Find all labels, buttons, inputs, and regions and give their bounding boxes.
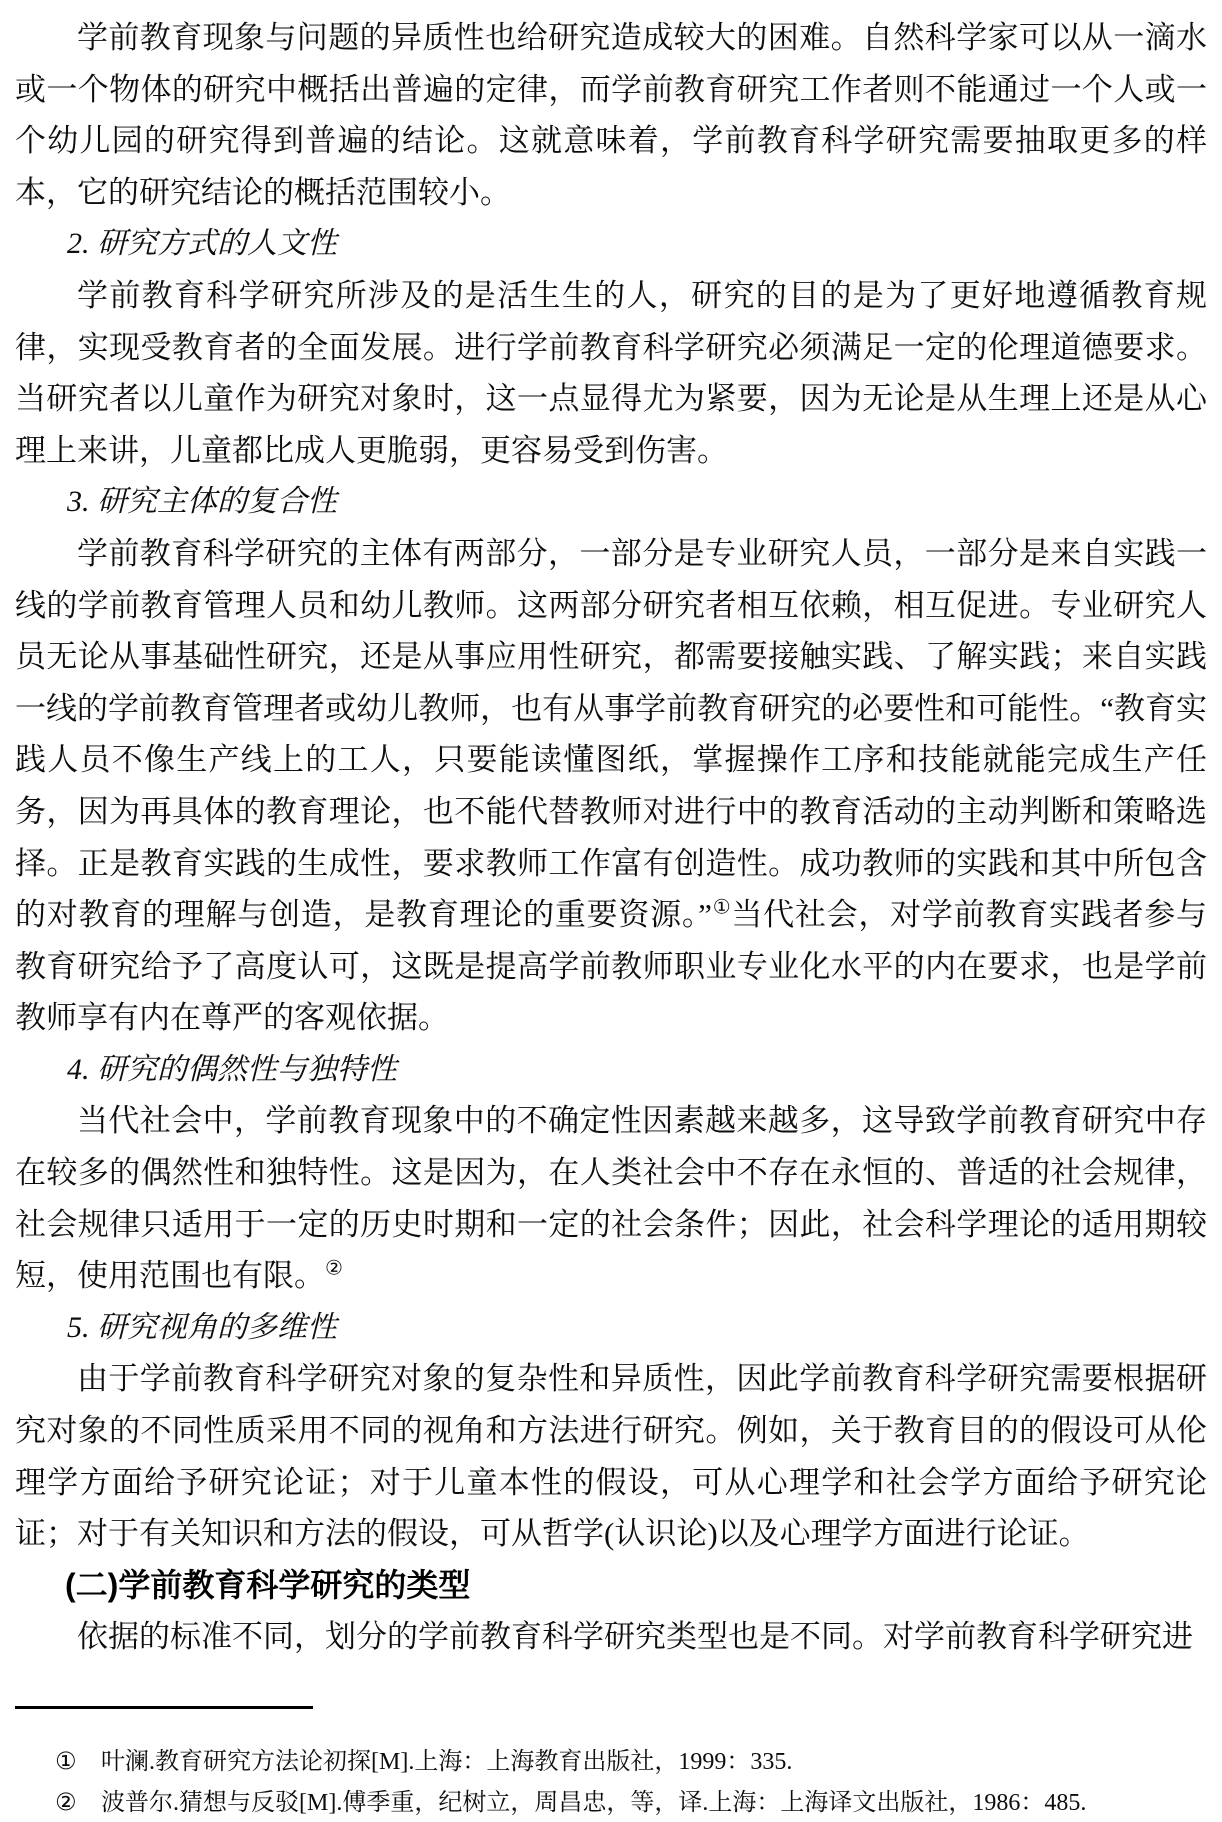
book-page: 学前教育现象与问题的异质性也给研究造成较大的困难。自然科学家可以从一滴水或一个物…	[0, 0, 1222, 1822]
subheading-4-contingency: 4. 研究的偶然性与独特性	[15, 1044, 1207, 1096]
paragraph-multidimensional: 由于学前教育科学研究对象的复杂性和异质性，因此学前教育科学研究需要根据研究对象的…	[15, 1353, 1207, 1559]
paragraph-composite-subject: 学前教育科学研究的主体有两部分，一部分是专业研究人员，一部分是来自实践一线的学前…	[15, 528, 1207, 1044]
paragraph-contingency: 当代社会中，学前教育现象中的不确定性因素越来越多，这导致学前教育研究中存在较多的…	[15, 1095, 1207, 1301]
paragraph-types-intro: 依据的标准不同，划分的学前教育科学研究类型也是不同。对学前教育科学研究进	[15, 1611, 1207, 1663]
paragraph-composite-subject-text: 学前教育科学研究的主体有两部分，一部分是专业研究人员，一部分是来自实践一线的学前…	[15, 536, 1207, 932]
paragraph-contingency-text: 当代社会中，学前教育现象中的不确定性因素越来越多，这导致学前教育研究中存在较多的…	[15, 1103, 1207, 1293]
paragraph-heterogeneity: 学前教育现象与问题的异质性也给研究造成较大的困难。自然科学家可以从一滴水或一个物…	[15, 12, 1207, 218]
footnote-1-text: 叶澜.教育研究方法论初探[M].上海：上海教育出版社，1999：335.	[101, 1749, 792, 1775]
footnote-area: ①叶澜.教育研究方法论初探[M].上海：上海教育出版社，1999：335. ②波…	[15, 1706, 1207, 1822]
footnote-1: ①叶澜.教育研究方法论初探[M].上海：上海教育出版社，1999：335.	[15, 1741, 1207, 1782]
paragraph-humanistic: 学前教育科学研究所涉及的是活生生的人，研究的目的是为了更好地遵循教育规律，实现受…	[15, 270, 1207, 476]
footnote-ref-2: ②	[325, 1256, 343, 1280]
subheading-5-multidimensional: 5. 研究视角的多维性	[15, 1302, 1207, 1354]
footnote-2: ②波普尔.猜想与反驳[M].傅季重，纪树立，周昌忠，等，译.上海：上海译文出版社…	[15, 1782, 1207, 1822]
page-body: 学前教育现象与问题的异质性也给研究造成较大的困难。自然科学家可以从一滴水或一个物…	[15, 12, 1207, 1663]
subheading-2-humanistic: 2. 研究方式的人文性	[15, 218, 1207, 270]
footnote-separator	[15, 1706, 313, 1709]
subheading-3-composite-subject: 3. 研究主体的复合性	[15, 476, 1207, 528]
footnote-1-marker: ①	[55, 1741, 101, 1781]
footnote-ref-1: ①	[712, 895, 731, 919]
footnote-2-marker: ②	[55, 1782, 101, 1822]
footnote-2-text: 波普尔.猜想与反驳[M].傅季重，纪树立，周昌忠，等，译.上海：上海译文出版社，…	[101, 1790, 1086, 1816]
section-heading-types: (二)学前教育科学研究的类型	[15, 1560, 1207, 1612]
